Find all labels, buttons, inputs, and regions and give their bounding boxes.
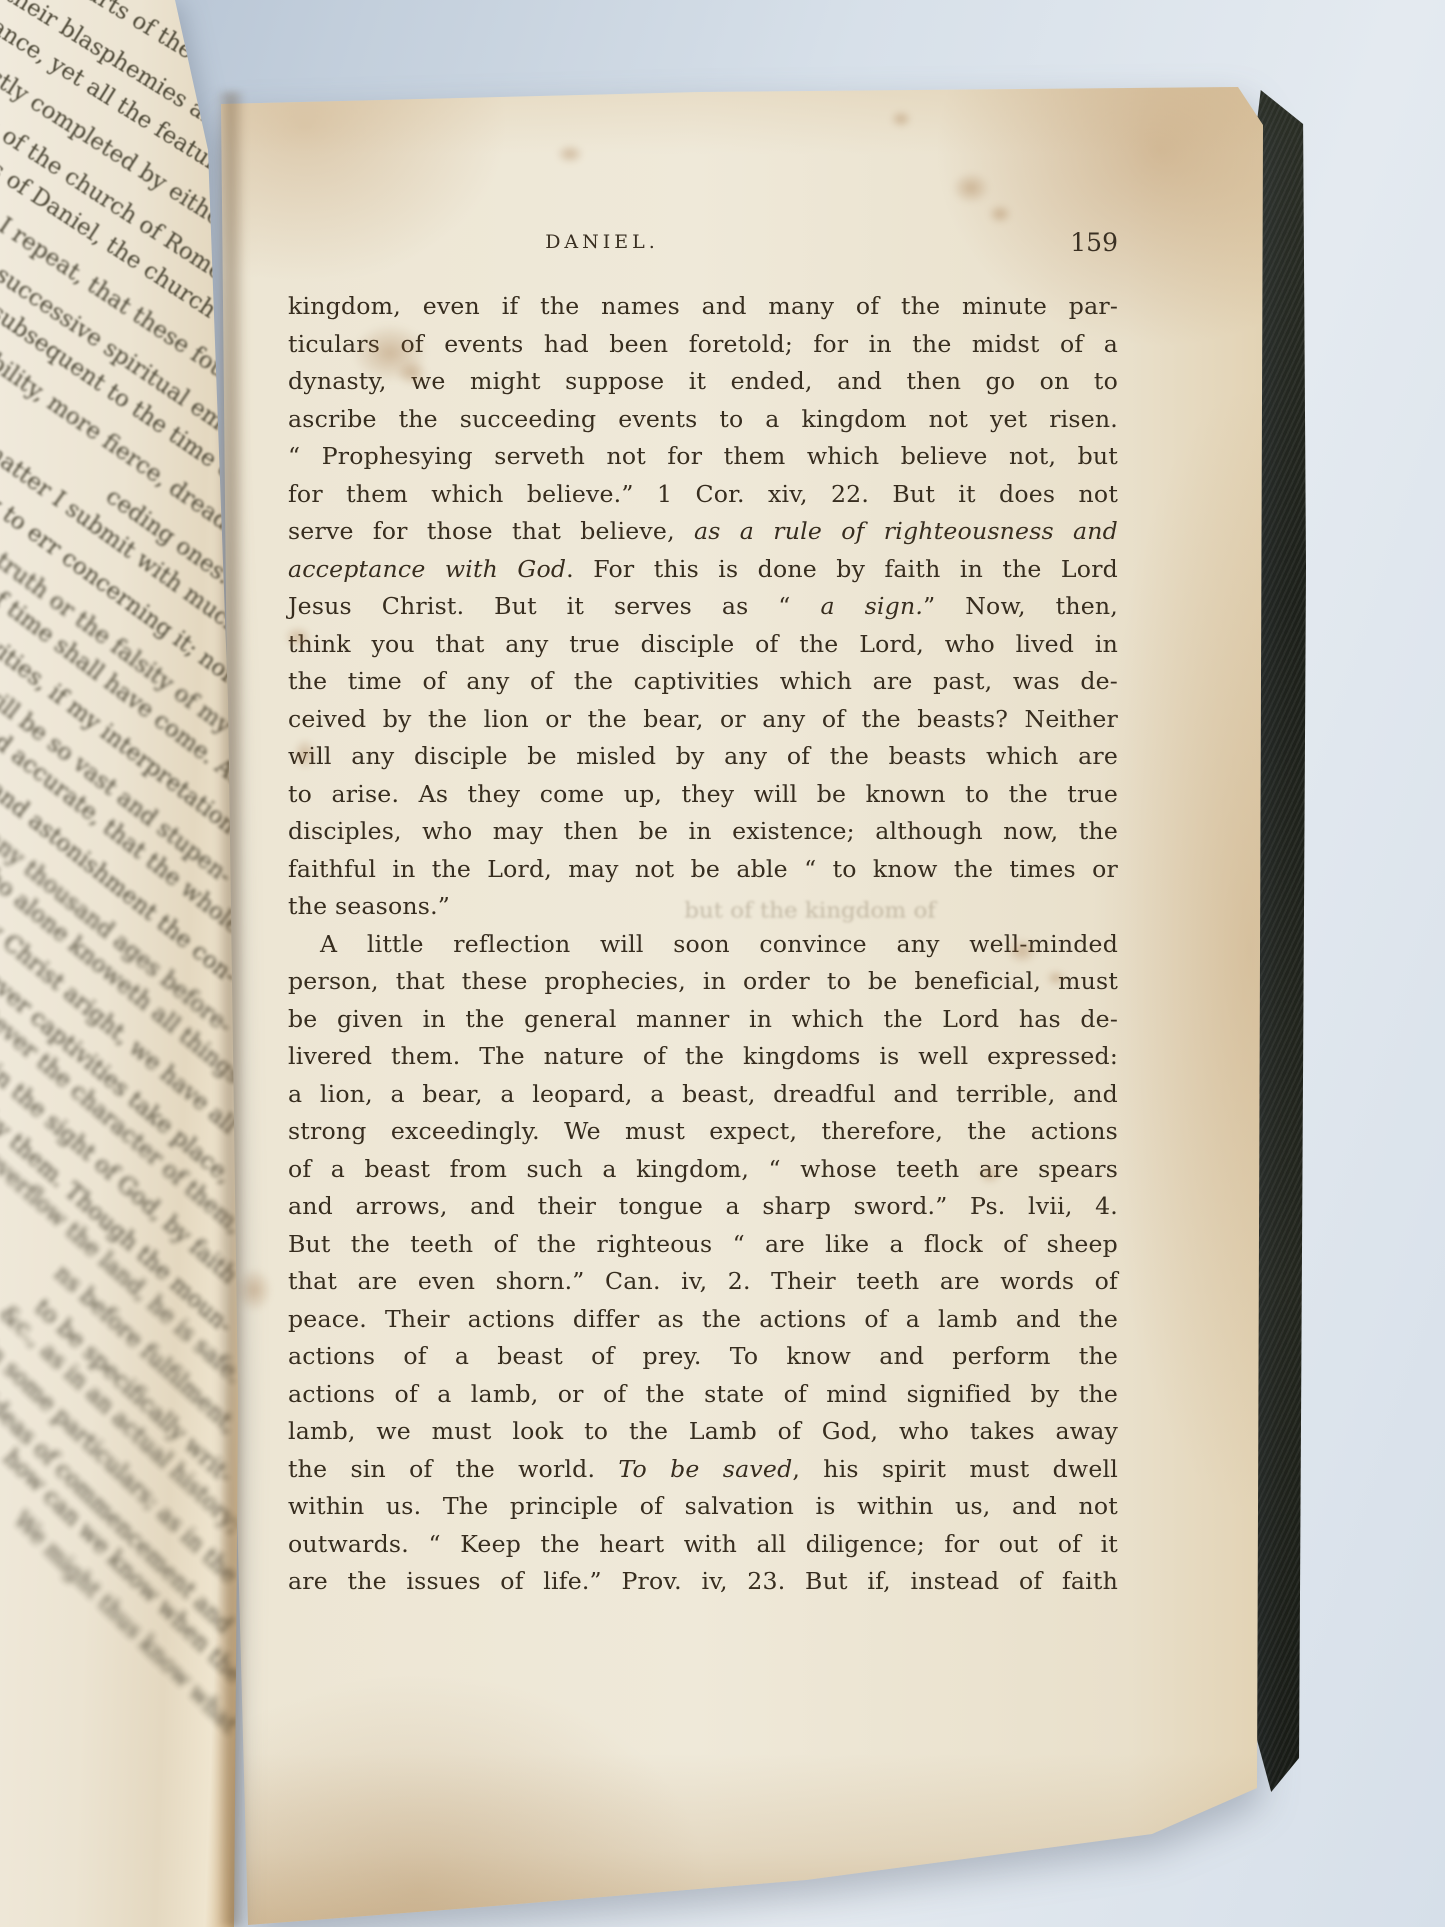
photo-of-open-book: DANIEL. 159 kingdom, even if the names a… [0,0,1445,1927]
gutter-shadow [216,92,246,1927]
left-page: I E L .might apply to parts of the his-r… [0,0,242,1927]
